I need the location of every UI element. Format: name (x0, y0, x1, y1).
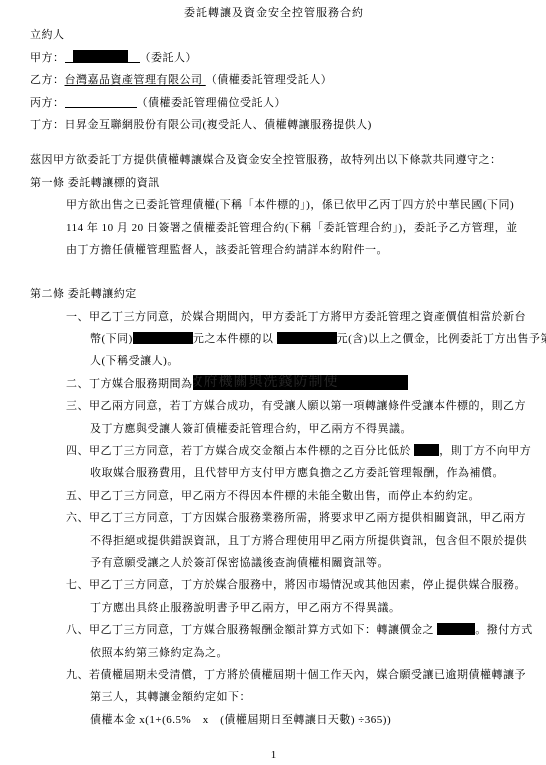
redaction-box (277, 332, 337, 344)
text-run: （委託人） (140, 52, 198, 64)
text-run: 立約人 (30, 29, 65, 41)
text-run: 九、若債權屆期未受清償，丁方將於債權屆期十個工作天內，媒合願受讓已逾期債權轉讓予 (66, 669, 526, 681)
article-2-item-7: 七、甲乙丁三方同意，丁方於媒合服務中，將因市場情況或其他因素，停止提供媒合服務。 (30, 574, 518, 596)
blank-underline-field (65, 50, 73, 63)
text-run: 第一條 委託轉讓標的資訊 (30, 177, 160, 189)
article-2-item-4: 四、甲乙丁三方同意，若丁方媒合成交金額占本件標的之百分比低於 ，則丁方不向甲方 (30, 440, 518, 462)
text-run: 人(下稱受讓人)。 (90, 355, 179, 367)
text-run: 第二條 委託轉讓約定 (30, 288, 137, 300)
parties-label: 立約人 (30, 24, 518, 46)
article-1-heading: 第一條 委託轉讓標的資訊 (30, 172, 518, 194)
text-run: 八、甲乙丁三方同意，丁方媒合服務報酬金額計算方式如下：轉讓價金之 (66, 624, 437, 636)
redaction-box (414, 444, 439, 456)
article-2-item-7: 丁方應出具終止服務說明書予甲乙兩方，甲乙兩方不得異議。 (30, 597, 518, 619)
document-title: 委託轉讓及資金安全控管服務合約 (30, 2, 518, 24)
text-run: 元(含)以上之價金，比例委託丁方出售予第三 (337, 333, 546, 345)
text-run: ，則丁方不向甲方 (439, 445, 531, 457)
text-run: 1 (271, 749, 278, 761)
text-run: 丙方： (30, 97, 65, 109)
article-2-item-1: 一、甲乙丁三方同意，於媒合期間內，甲方委託丁方將甲方委託管理之資產價值相當於新台 (30, 306, 518, 328)
text-run: 丁方：日昇金互聯網股份有限公司(複受託人、債權轉讓服務提供人) (30, 119, 372, 131)
article-2-item-5: 五、甲乙丁三方同意，甲乙兩方不得因本件標的未能全數出售，而停止本約約定。 (30, 485, 518, 507)
article-2-item-1: 幣(下同)元之本件標的以 元(含)以上之價金，比例委託丁方出售予第三 (30, 328, 518, 350)
text-run: 乙方： (30, 74, 65, 86)
text-run: 不得拒絕或提供錯誤資訊，且丁方將合理使用甲乙兩方所提供資訊，包含但不限於提供 (90, 535, 527, 547)
article-2-item-9: 九、若債權屆期未受清償，丁方將於債權屆期十個工作天內，媒合願受讓已逾期債權轉讓予 (30, 664, 518, 686)
text-run: 四、甲乙丁三方同意，若丁方媒合成交金額占本件標的之百分比低於 (66, 445, 414, 457)
text-run: 由丁方擔任債權管理監督人，該委託管理合約請詳本約附件一。 (66, 244, 388, 256)
text-run: 債權本金 x(1+(6.5% x (債權屆期日至轉讓日天數) ÷365)) (90, 714, 391, 726)
party-c-line: 丙方：（債權委託管理備位受託人） (30, 92, 518, 114)
article-2-item-6: 予有意願受讓之人於簽訂保密協議後查詢債權相關資訊等。 (30, 552, 518, 574)
text-run: 六、甲乙丁三方同意，丁方因媒合服務業務所需，將要求甲乙兩方提供相關資訊，甲乙兩方 (66, 512, 526, 524)
article-2-item-4: 收取媒合服務費用，且代替甲方支付甲方應負擔之乙方委託管理報酬，作為補償。 (30, 462, 518, 484)
underlined-text: 台灣嘉品資產管理有限公司 (65, 74, 206, 86)
text-run: 七、甲乙丁三方同意，丁方於媒合服務中，將因市場情況或其他因素，停止提供媒合服務。 (66, 579, 526, 591)
party-b-line: 乙方：台灣嘉品資產管理有限公司 （債權委託管理受託人） (30, 69, 518, 91)
text-run: 依照本約第三條約定為之。 (90, 647, 228, 659)
text-run: 。撥付方式 (475, 624, 533, 636)
text-run: 114 年 10 月 20 日簽署之債權委託管理合約(下稱「委託管理合約」)，委… (66, 222, 518, 234)
text-run: 三、甲乙兩方同意，若丁方媒合成功，有受讓人願以第一項轉讓條件受讓本件標的，則乙方 (66, 400, 526, 412)
article-2-heading: 第二條 委託轉讓約定 (30, 283, 518, 305)
article-1-body: 甲方欲出售之已委託管理債權(下稱「本件標的」)，係已依甲乙丙丁四方於中華民國(下… (30, 194, 518, 216)
redaction-box (73, 50, 128, 63)
text-run: 元之本件標的以 (193, 333, 277, 345)
text-run: 收取媒合服務費用，且代替甲方支付甲方應負擔之乙方委託管理報酬，作為補償。 (90, 467, 504, 479)
transfer-formula: 債權本金 x(1+(6.5% x (債權屆期日至轉讓日天數) ÷365)) (30, 709, 518, 731)
page-number: 1 (30, 744, 518, 765)
text-run: 甲方： (30, 52, 65, 64)
text-run: （債權委託管理備位受託人） (137, 97, 287, 109)
article-2-item-1: 人(下稱受讓人)。 (30, 350, 518, 372)
redaction-box (133, 332, 193, 344)
text-run: 茲因甲方欲委託丁方提供債權轉讓媒合及資金安全控管服務，故特列出以下條款共同遵守之… (30, 154, 502, 166)
text-run: 幣(下同) (90, 333, 133, 345)
text-run: 五、甲乙丁三方同意，甲乙兩方不得因本件標的未能全數出售，而停止本約約定。 (66, 490, 480, 502)
article-1-body: 由丁方擔任債權管理監督人，該委託管理合約請詳本約附件一。 (30, 239, 518, 261)
text-run: 予有意願受讓之人於簽訂保密協議後查詢債權相關資訊等。 (90, 557, 389, 569)
text-run: 第三人，其轉讓金額約定如下： (90, 691, 251, 703)
party-a-line: 甲方：（委託人） (30, 47, 518, 69)
preamble: 茲因甲方欲委託丁方提供債權轉讓媒合及資金安全控管服務，故特列出以下條款共同遵守之… (30, 149, 518, 171)
article-2-item-6: 六、甲乙丁三方同意，丁方因媒合服務業務所需，將要求甲乙兩方提供相關資訊，甲乙兩方 (30, 507, 518, 529)
party-d-line: 丁方：日昇金互聯網股份有限公司(複受託人、債權轉讓服務提供人) (30, 114, 518, 136)
article-2-item-3: 三、甲乙兩方同意，若丁方媒合成功，有受讓人願以第一項轉讓條件受讓本件標的，則乙方 (30, 395, 518, 417)
document-page: 委託轉讓及資金安全控管服務合約立約人甲方：（委託人）乙方：台灣嘉品資產管理有限公… (0, 0, 546, 765)
document-body: 委託轉讓及資金安全控管服務合約立約人甲方：（委託人）乙方：台灣嘉品資產管理有限公… (30, 2, 518, 765)
text-run: 甲方欲出售之已委託管理債權(下稱「本件標的」)，係已依甲乙丙丁四方於中華民國(下… (66, 199, 514, 211)
article-2-item-3: 及丁方應與受讓人簽訂債權委託管理合約，甲乙兩方不得異議。 (30, 418, 518, 440)
article-2-item-9: 第三人，其轉讓金額約定如下： (30, 686, 518, 708)
blank-underline-field (128, 50, 140, 63)
article-2-item-2: 二、丁方媒合服務期間為政府機關與洗錢防制使 (30, 373, 518, 395)
text-run: 丁方應出具終止服務說明書予甲乙兩方，甲乙兩方不得異議。 (90, 602, 401, 614)
text-run: 及丁方應與受讓人簽訂債權委託管理合約，甲乙兩方不得異議。 (90, 423, 412, 435)
redaction-box (437, 623, 475, 635)
article-1-body: 114 年 10 月 20 日簽署之債權委託管理合約(下稱「委託管理合約」)，委… (30, 217, 518, 239)
text-run: （債權委託管理受託人） (206, 74, 333, 86)
text-run: 一、甲乙丁三方同意，於媒合期間內，甲方委託丁方將甲方委託管理之資產價值相當於新台 (66, 311, 526, 323)
text-run: 二、丁方媒合服務期間為 (66, 378, 193, 390)
article-2-item-8: 依照本約第三條約定為之。 (30, 642, 518, 664)
redaction-box-watermark: 政府機關與洗錢防制使 (193, 375, 408, 390)
text-run: 委託轉讓及資金安全控管服務合約 (184, 7, 364, 19)
article-2-item-6: 不得拒絕或提供錯誤資訊，且丁方將合理使用甲乙兩方所提供資訊，包含但不限於提供 (30, 530, 518, 552)
blank-underline-field (65, 95, 137, 108)
article-2-item-8: 八、甲乙丁三方同意，丁方媒合服務報酬金額計算方式如下：轉讓價金之 。撥付方式 (30, 619, 518, 641)
